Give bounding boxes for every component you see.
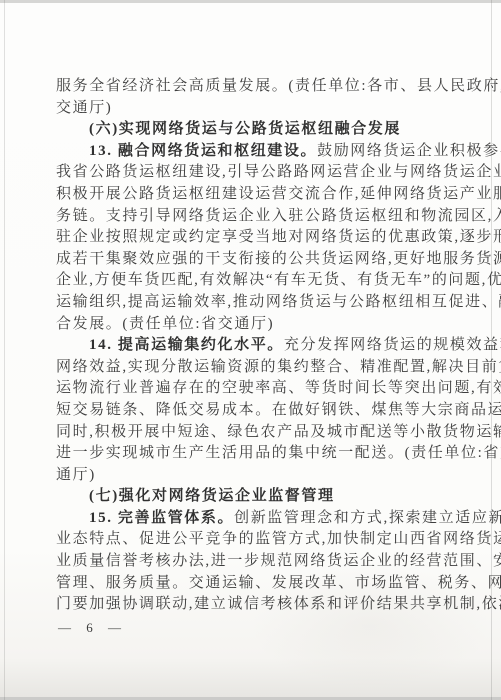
bold-lead-text: 14. 提高运输集约化水平。: [89, 337, 284, 353]
text-line: 交通厅): [56, 98, 460, 120]
text-line: 服务全省经济社会高质量发展。(责任单位:各市、县人民政府,省: [56, 76, 460, 98]
text-line: 门要加强协调联动,建立诚信考核体系和评价结果共享机制,依法: [56, 594, 460, 616]
text-line: 通厅): [56, 465, 460, 487]
text-line: 合发展。(责任单位:省交通厅): [56, 314, 460, 336]
scan-edge-top: [0, 0, 501, 3]
text-line: 管理、服务质量。交通运输、发展改革、市场监管、税务、网信等部: [56, 573, 460, 595]
text-line: 同时,积极开展中短途、绿色农产品及城市配送等小散货物运输。: [56, 422, 460, 444]
text-line: 企业,方便车货匹配,有效解决“有车无货、有货无车”的问题,优化: [56, 270, 460, 292]
text-line: 13. 融合网络货运和枢纽建设。鼓励网络货运企业积极参与: [56, 141, 460, 163]
text-line: 进一步实现城市生产生活用品的集中统一配送。(责任单位:省交: [56, 443, 460, 465]
text-line: 业质量信誉考核办法,进一步规范网络货运企业的经营范围、安全: [56, 551, 460, 573]
text-line: 运物流行业普遍存在的空驶率高、等货时间长等突出问题,有效缩: [56, 378, 460, 400]
text-line: 15. 完善监管体系。创新监管理念和方式,探索建立适应新: [56, 508, 460, 530]
text-line: 驻企业按照规定或约定享受当地对网络货运的优惠政策,逐步形: [56, 227, 460, 249]
bold-lead-text: (七)强化对网络货运企业监督管理: [89, 488, 335, 504]
document-body: 服务全省经济社会高质量发展。(责任单位:各市、县人民政府,省交通厅)(六)实现网…: [56, 76, 460, 616]
text-line: 业态特点、促进公平竞争的监管方式,加快制定山西省网络货运企: [56, 529, 460, 551]
bold-lead-text: 15. 完善监管体系。: [89, 510, 234, 526]
text-line: (六)实现网络货运与公路货运枢纽融合发展: [56, 119, 460, 141]
scan-edge-left: [4, 0, 5, 700]
text-line: 积极开展公路货运枢纽建设运营交流合作,延伸网络货运产业服: [56, 184, 460, 206]
text-line: 14. 提高运输集约化水平。充分发挥网络货运的规模效益和: [56, 335, 460, 357]
bold-lead-text: (六)实现网络货运与公路货运枢纽融合发展: [89, 121, 401, 137]
text-line: 网络效益,实现分散运输资源的集约整合、精准配置,解决目前货: [56, 357, 460, 379]
text-line: 务链。支持引导网络货运企业入驻公路货运枢纽和物流园区,入: [56, 206, 460, 228]
text-line: 成若干集聚效应强的干支衔接的公共货运网络,更好地服务货源: [56, 249, 460, 271]
bold-lead-text: 13. 融合网络货运和枢纽建设。: [89, 143, 317, 159]
text-line: 运输组织,提高运输效率,推动网络货运与公路枢纽相互促进、融: [56, 292, 460, 314]
document-page: 服务全省经济社会高质量发展。(责任单位:各市、县人民政府,省交通厅)(六)实现网…: [0, 0, 501, 700]
scan-edge-right: [491, 0, 492, 700]
text-line: 短交易链条、降低交易成本。在做好钢铁、煤焦等大宗商品运输的: [56, 400, 460, 422]
text-line: 我省公路货运枢纽建设,引导公路路网运营企业与网络货运企业: [56, 162, 460, 184]
text-line: (七)强化对网络货运企业监督管理: [56, 486, 460, 508]
page-number: — 6 —: [58, 620, 122, 636]
